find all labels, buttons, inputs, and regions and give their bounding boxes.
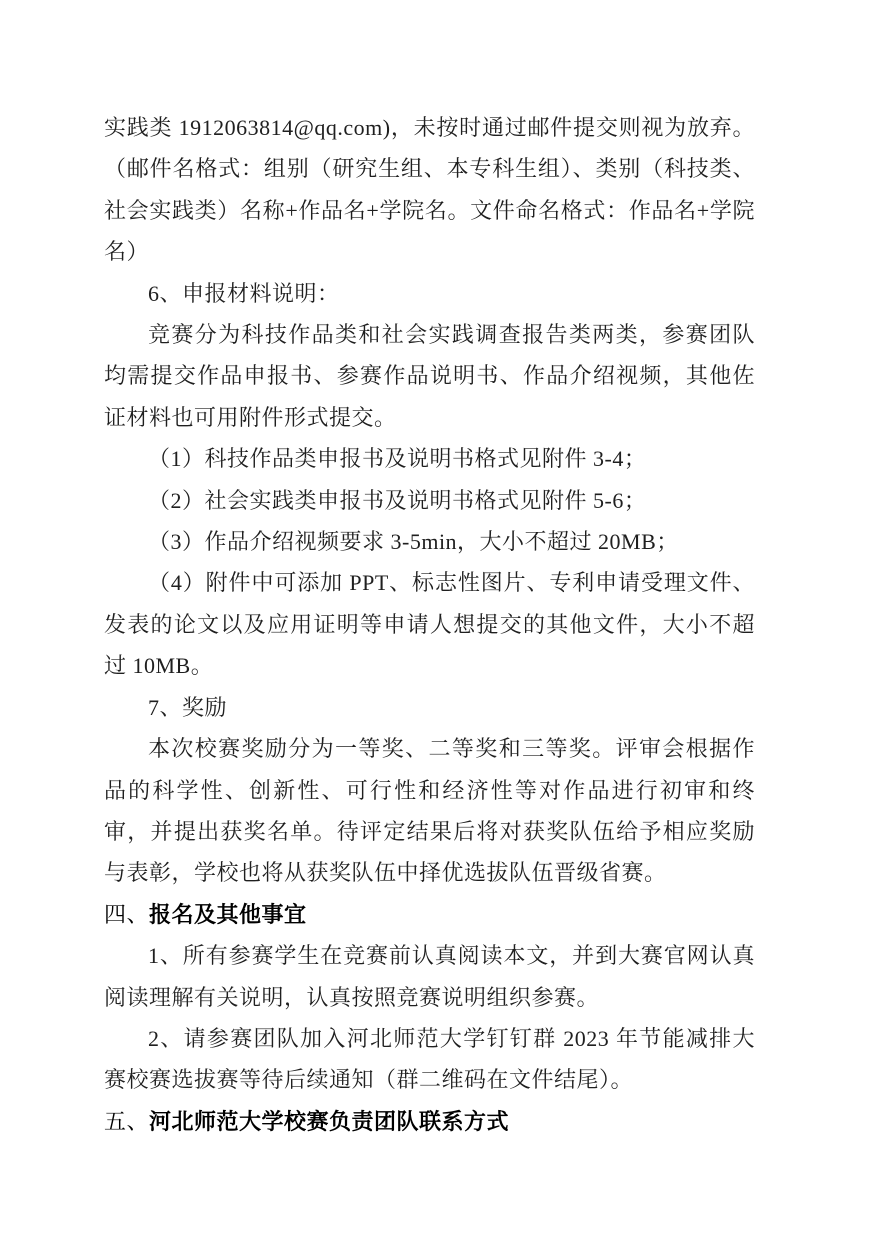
paragraph-materials-description: 竞赛分为科技作品类和社会实践调查报告类两类，参赛团队均需提交作品申报书、参赛作品… [104, 314, 755, 438]
section-number: 五、 [104, 1109, 149, 1134]
section-heading-registration: 四、报名及其他事宜 [104, 894, 755, 935]
paragraph-item6-heading: 6、申报材料说明： [104, 273, 755, 314]
document-body: 实践类 1912063814@qq.com)，未按时通过邮件提交则视为放弃。（邮… [104, 107, 755, 1142]
section-title: 报名及其他事宜 [149, 902, 307, 927]
list-item-3: （3）作品介绍视频要求 3-5min，大小不超过 20MB； [104, 521, 755, 562]
list-item-2: （2）社会实践类申报书及说明书格式见附件 5-6； [104, 480, 755, 521]
list-item-4: （4）附件中可添加 PPT、标志性图片、专利申请受理文件、发表的论文以及应用证明… [104, 562, 755, 686]
list-item-1: （1）科技作品类申报书及说明书格式见附件 3-4； [104, 438, 755, 479]
section-heading-contact: 五、河北师范大学校赛负责团队联系方式 [104, 1101, 755, 1142]
paragraph-awards-description: 本次校赛奖励分为一等奖、二等奖和三等奖。评审会根据作品的科学性、创新性、可行性和… [104, 728, 755, 894]
paragraph-registration-note-1: 1、所有参赛学生在竞赛前认真阅读本文，并到大赛官网认真阅读理解有关说明，认真按照… [104, 935, 755, 1018]
paragraph-submission-continuation: 实践类 1912063814@qq.com)，未按时通过邮件提交则视为放弃。（邮… [104, 107, 755, 273]
section-title: 河北师范大学校赛负责团队联系方式 [149, 1109, 509, 1134]
document-page: 实践类 1912063814@qq.com)，未按时通过邮件提交则视为放弃。（邮… [0, 0, 880, 1244]
paragraph-registration-note-2: 2、请参赛团队加入河北师范大学钉钉群 2023 年节能减排大赛校赛选拔赛等待后续… [104, 1018, 755, 1101]
section-number: 四、 [104, 902, 149, 927]
paragraph-item7-heading: 7、奖励 [104, 687, 755, 728]
